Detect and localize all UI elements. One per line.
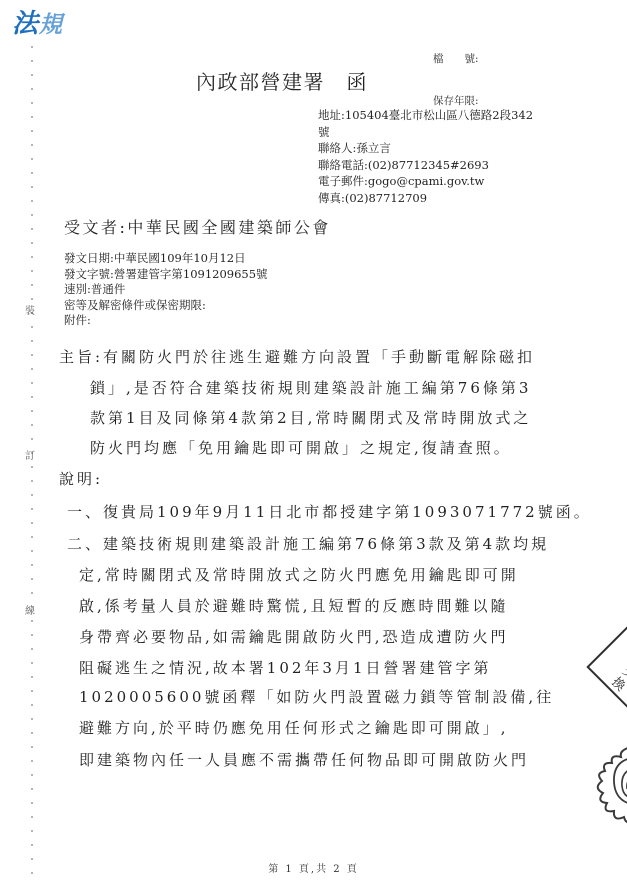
- recipient-line: 受文者:中華民國全國建築師公會: [64, 215, 331, 238]
- sender-fax: 傳真:(02)87712709: [318, 190, 533, 207]
- logo-char-fa: 法: [12, 9, 38, 39]
- subject-line-1: 主旨:有關防火門於往逃生避難方向設置「手動斷電解除磁扣: [59, 346, 535, 367]
- subject-line-3: 款第1目及同條第4款第2目,常時關閉式及常時開放式之: [90, 407, 531, 428]
- issue-date: 發文日期:中華民國109年10月12日: [64, 251, 268, 267]
- sender-address-line1: 地址:105404臺北市松山區八德路2段342: [318, 107, 533, 124]
- explanation-item-2-line-5: 阻礙逃生之情況,故本署102年3月1日營署建管字第: [79, 657, 492, 678]
- logo-char-gui: 規: [39, 12, 62, 38]
- electronic-exchange-stamp: 電子交換: [586, 620, 627, 713]
- sender-contact-person: 聯絡人:孫立言: [318, 140, 533, 157]
- document-title: 內政部營建署 函: [196, 66, 368, 95]
- explanation-label: 說明:: [59, 468, 103, 489]
- sender-contact-block: 地址:105404臺北市松山區八德路2段342 號 聯絡人:孫立言 聯絡電話:(…: [318, 107, 533, 207]
- explanation-item-2-line-1: 二、建築技術規則建築設計施工編第76條第3款及第4款均規: [67, 533, 549, 554]
- seal-fragment-icon: [593, 744, 627, 824]
- sender-email: 電子郵件:gogo@cpami.gov.tw: [318, 173, 533, 190]
- issue-number: 發文字號:營署建管字第1091209655號: [64, 267, 268, 283]
- file-number-label: 檔 號:: [433, 52, 479, 66]
- explanation-item-2-line-8: 即建築物內任一人員應不需攜帶任何物品即可開啟防火門: [79, 749, 529, 770]
- explanation-item-2-line-3: 啟,係考量人員於避難時驚慌,且短暫的反應時間難以隨: [79, 595, 509, 616]
- electronic-exchange-stamp-label: 電子交換: [605, 639, 627, 695]
- explanation-item-2-line-7: 避難方向,於平時仍應免用任何形式之鑰匙即可開啟」,: [79, 717, 509, 738]
- delivery-speed: 速別:普通件: [64, 282, 268, 298]
- sender-address-line2: 號: [318, 124, 533, 141]
- explanation-item-2-line-2: 定,常時關閉式及常時開放式之防火門應免用鑰匙即可開: [79, 564, 519, 585]
- subject-line-2: 鎖」,是否符合建築技術規則建築設計施工編第76條第3: [90, 377, 531, 398]
- retention-period-label: 保存年限:: [433, 94, 479, 108]
- page-number-footer: 第 1 頁,共 2 頁: [0, 860, 627, 875]
- official-letter-page: 法規 裝 訂 線 檔 號: 保存年限: 內政部營建署 函 地址:105404臺北…: [0, 0, 627, 888]
- confidentiality: 密等及解密條件或保密期限:: [64, 298, 268, 314]
- sender-phone: 聯絡電話:(02)87712345#2693: [318, 157, 533, 174]
- explanation-item-2-line-6: 1020005600號函釋「如防火門設置磁力鎖等管制設備,往: [79, 686, 554, 707]
- subject-line-4: 防火門均應「免用鑰匙即可開啟」之規定,復請查照。: [90, 437, 512, 458]
- attachment: 附件:: [64, 313, 268, 329]
- binding-mark-zhuang: 裝: [25, 302, 39, 317]
- document-meta-block: 發文日期:中華民國109年10月12日 發文字號:營署建管字第109120965…: [64, 251, 268, 329]
- binding-mark-ding: 訂: [25, 447, 39, 462]
- binding-mark-xian: 線: [25, 602, 39, 617]
- laws-regulations-logo: 法規: [12, 11, 62, 37]
- explanation-item-1: 一、復貴局109年9月11日北市都授建字第1093071772號函。: [67, 501, 592, 522]
- explanation-item-2-line-4: 身帶齊必要物品,如需鑰匙開啟防火門,恐造成遭防火門: [79, 626, 509, 647]
